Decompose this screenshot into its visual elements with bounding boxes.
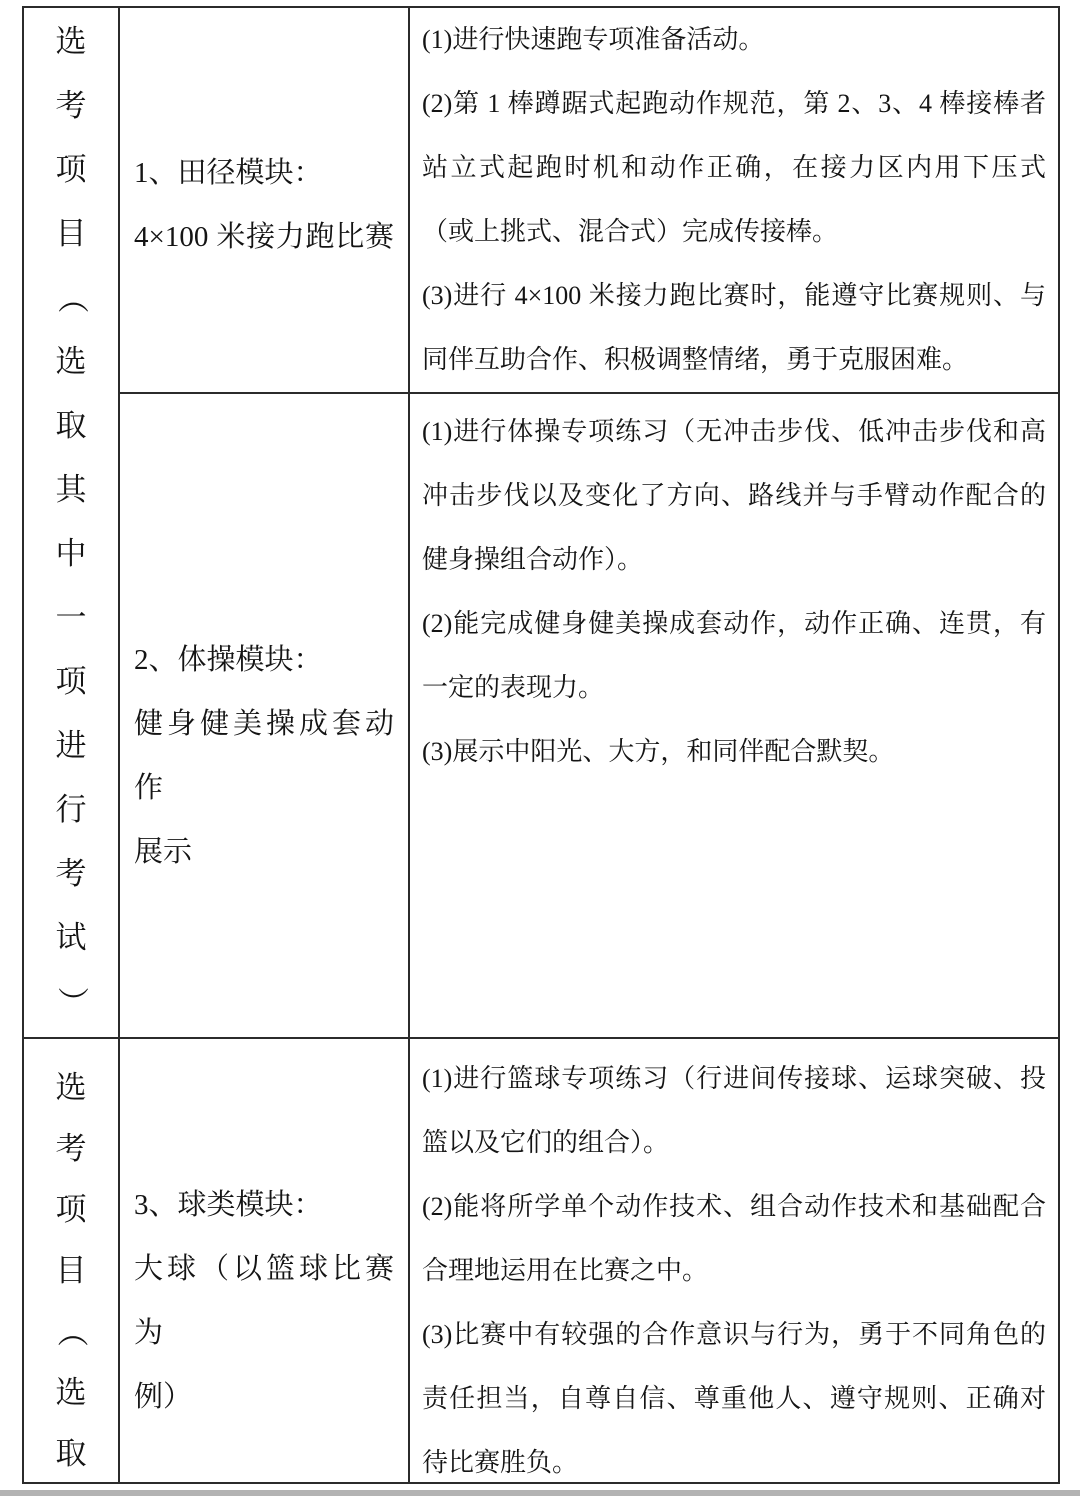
header-char: 选 bbox=[24, 330, 118, 394]
header-char: 项 bbox=[24, 650, 118, 714]
header-char: 中 bbox=[24, 522, 118, 586]
module-line: 大球（以篮球比赛为 bbox=[134, 1237, 394, 1365]
module-line: 2、体操模块： bbox=[134, 628, 394, 692]
exam-items-table: 选 考 项 目 （ 选 取 其 中 一 项 进 行 考 试 ） 选 考 项 目 … bbox=[22, 6, 1060, 1484]
desc-line: 责任担当，自尊自信、尊重他人、遵守规则、正确对 bbox=[422, 1367, 1046, 1431]
description-cell-ball-games: (1)进行篮球专项练习（行进间传接球、运球突破、投 篮以及它们的组合）。 (2)… bbox=[410, 1039, 1058, 1482]
desc-line: 篮以及它们的组合）。 bbox=[422, 1111, 1046, 1175]
row-header-vertical-group1: 选 考 项 目 （ 选 取 其 中 一 项 进 行 考 试 ） bbox=[24, 8, 118, 1037]
desc-line: 站立式起跑时机和动作正确，在接力区内用下压式 bbox=[422, 136, 1046, 200]
desc-line: (1)进行篮球专项练习（行进间传接球、运球突破、投 bbox=[422, 1047, 1046, 1111]
desc-line: 同伴互助合作、积极调整情绪，勇于克服困难。 bbox=[422, 328, 1046, 392]
header-char-open-paren: （ bbox=[24, 1301, 118, 1362]
desc-line: （或上挑式、混合式）完成传接棒。 bbox=[422, 200, 1046, 264]
module-line: 1、田径模块： bbox=[134, 141, 394, 205]
module-cell-track: 1、田径模块： 4×100 米接力跑比赛 bbox=[120, 8, 408, 392]
module-line: 展示 bbox=[134, 820, 394, 884]
header-char: 试 bbox=[24, 906, 118, 970]
module-cell-gymnastics: 2、体操模块： 健身健美操成套动作 展示 bbox=[120, 394, 408, 1037]
header-char: 其 bbox=[24, 458, 118, 522]
row-header-vertical-group2: 选 考 项 目 （ 选 取 bbox=[24, 1039, 118, 1482]
header-char: 一 bbox=[24, 586, 118, 650]
desc-line: (1)进行体操专项练习（无冲击步伐、低冲击步伐和高 bbox=[422, 400, 1046, 464]
desc-line: (3)展示中阳光、大方，和同伴配合默契。 bbox=[422, 720, 1046, 784]
description-cell-gymnastics: (1)进行体操专项练习（无冲击步伐、低冲击步伐和高 冲击步伐以及变化了方向、路线… bbox=[410, 394, 1058, 1037]
header-char: 进 bbox=[24, 714, 118, 778]
header-char: 选 bbox=[24, 1362, 118, 1423]
desc-line: (3)进行 4×100 米接力跑比赛时，能遵守比赛规则、与 bbox=[422, 264, 1046, 328]
desc-line: 合理地运用在比赛之中。 bbox=[422, 1239, 1046, 1303]
module-line: 4×100 米接力跑比赛 bbox=[134, 205, 394, 269]
module-cell-ball-games: 3、球类模块： 大球（以篮球比赛为 例） bbox=[120, 1039, 408, 1482]
desc-line: 一定的表现力。 bbox=[422, 656, 1046, 720]
header-char: 选 bbox=[24, 1057, 118, 1118]
header-char: 考 bbox=[24, 842, 118, 906]
header-char: 选 bbox=[24, 10, 118, 74]
header-char: 目 bbox=[24, 202, 118, 266]
desc-line: (2)第 1 棒蹲踞式起跑动作规范，第 2、3、4 棒接棒者 bbox=[422, 72, 1046, 136]
desc-line: (2)能将所学单个动作技术、组合动作技术和基础配合 bbox=[422, 1175, 1046, 1239]
desc-line: 待比赛胜负。 bbox=[422, 1431, 1046, 1482]
header-char: 项 bbox=[24, 138, 118, 202]
desc-line: (2)能完成健身健美操成套动作，动作正确、连贯，有 bbox=[422, 592, 1046, 656]
desc-line: 冲击步伐以及变化了方向、路线并与手臂动作配合的 bbox=[422, 464, 1046, 528]
description-cell-track: (1)进行快速跑专项准备活动。 (2)第 1 棒蹲踞式起跑动作规范，第 2、3、… bbox=[410, 8, 1058, 392]
header-char: 取 bbox=[24, 394, 118, 458]
module-line: 健身健美操成套动作 bbox=[134, 692, 394, 820]
document-page: { "colors": { "border": "#2b2b2b", "text… bbox=[0, 0, 1080, 1496]
header-char-close-paren: ） bbox=[24, 970, 118, 1034]
header-char: 取 bbox=[24, 1423, 118, 1482]
header-char: 考 bbox=[24, 1118, 118, 1179]
desc-line: (3)比赛中有较强的合作意识与行为，勇于不同角色的 bbox=[422, 1303, 1046, 1367]
page-bottom-shadow bbox=[0, 1490, 1080, 1496]
module-line: 3、球类模块： bbox=[134, 1173, 394, 1237]
header-char: 行 bbox=[24, 778, 118, 842]
header-char: 项 bbox=[24, 1179, 118, 1240]
header-char-open-paren: （ bbox=[24, 266, 118, 330]
header-char: 考 bbox=[24, 74, 118, 138]
header-char: 目 bbox=[24, 1240, 118, 1301]
module-line: 例） bbox=[134, 1365, 394, 1429]
desc-line: (1)进行快速跑专项准备活动。 bbox=[422, 8, 1046, 72]
desc-line: 健身操组合动作）。 bbox=[422, 528, 1046, 592]
